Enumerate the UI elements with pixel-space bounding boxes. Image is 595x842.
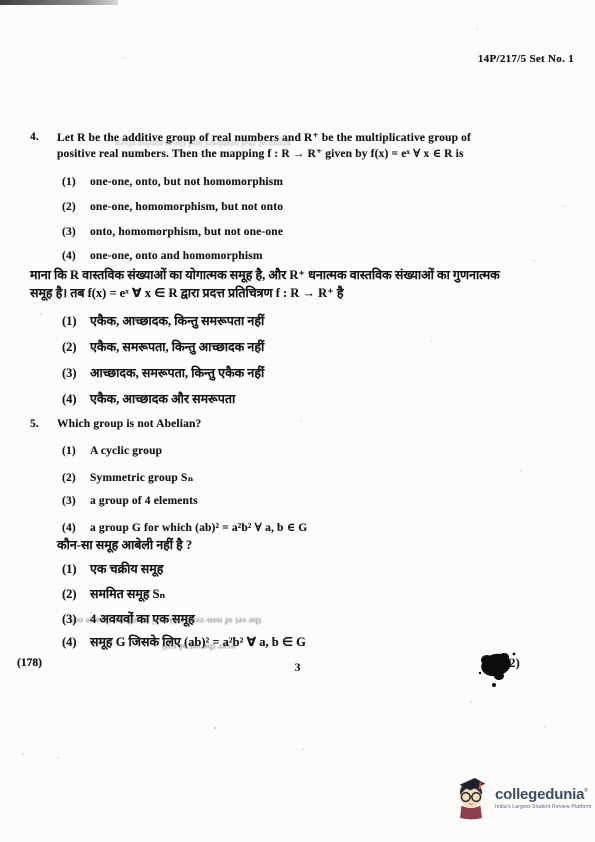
q4-en-option-2-text: one-one, homomorphism, but not onto	[90, 201, 283, 213]
q5-hi-option-2-text: सममित समूह Sₙ	[90, 587, 165, 601]
registered-mark-icon: ®	[584, 788, 588, 794]
q5-en-option-4-label: (4)	[62, 522, 90, 534]
q4-en-option-1-text: one-one, onto, but not homomorphism	[90, 176, 283, 188]
q4-en-option-4: (4)one-one, onto and homomorphism	[62, 250, 263, 262]
q4-en-option-3: (3)onto, homomorphism, but not one-one	[62, 226, 283, 238]
q4-hi-option-3: (3)आच्छादक, समरूपता, किन्तु एकैक नहीं	[62, 364, 264, 381]
q5-en-option-3-text: a group of 4 elements	[90, 495, 198, 507]
collegedunia-tagline: India's Largest Student Review Platform	[495, 804, 592, 810]
q5-hi-option-1-label: (1)	[62, 562, 90, 577]
bleedthrough-text: over the set of rati	[162, 641, 236, 651]
q5-en-option-2-label: (2)	[62, 472, 90, 484]
q5-hi-option-1-text: एक चक्रीय समूह	[90, 562, 163, 576]
q4-hi-option-3-text: आच्छादक, समरूपता, किन्तु एकैक नहीं	[90, 366, 264, 380]
q5-title-hindi: कौन-सा समूह आबेली नहीं है ?	[57, 536, 192, 553]
q4-hi-option-2-label: (2)	[62, 340, 90, 355]
q4-en-option-3-label: (3)	[62, 226, 90, 238]
collegedunia-mascot-icon	[452, 775, 490, 821]
q4-en-option-4-text: one-one, onto and homomorphism	[90, 250, 263, 262]
bleedthrough-text: the set of non-zero rational numbers th …	[70, 615, 261, 625]
collegedunia-brand-name: collegedunia	[495, 786, 584, 803]
q4-en-option-1-label: (1)	[62, 176, 90, 188]
q4-en-option-2: (2)one-one, homomorphism, but not onto	[62, 201, 283, 213]
scan-noise-specks	[0, 0, 2, 2]
q5-en-option-1-label: (1)	[62, 445, 90, 457]
collegedunia-logo-text: collegedunia ® India's Largest Student R…	[495, 786, 592, 810]
q4-hi-line-1: माना कि R वास्तविक संख्याओं का योगात्मक …	[30, 266, 570, 284]
q5-hi-option-2-label: (2)	[62, 587, 90, 602]
q5-en-option-2-text: Symmetric group Sₙ	[90, 472, 194, 484]
q4-hi-option-3-label: (3)	[62, 366, 90, 381]
q4-en-option-3-text: onto, homomorphism, but not one-one	[90, 226, 283, 238]
q5-hi-option-1: (1)एक चक्रीय समूह	[62, 560, 163, 577]
q5-en-option-1: (1)A cyclic group	[62, 445, 162, 457]
q5-en-option-4: (4)a group G for which (ab)² = a²b² ∀ a,…	[62, 520, 307, 534]
q5-en-option-2: (2)Symmetric group Sₙ	[62, 470, 194, 484]
scan-artifact-bar	[0, 0, 118, 5]
paper-code: 14P/217/5 Set No. 1	[478, 53, 574, 65]
q5-hi-option-2: (2)सममित समूह Sₙ	[62, 585, 165, 602]
q4-hi-option-2-text: एकैक, समरूपता, किन्तु आच्छादक नहीं	[90, 340, 264, 354]
obscured-stamp-text: 2)	[509, 655, 520, 671]
q4-en-option-4-label: (4)	[62, 250, 90, 262]
exam-paper-page: 14P/217/5 Set No. 1 4. Let R be the addi…	[0, 0, 595, 842]
q4-en-option-2-label: (2)	[62, 201, 90, 213]
q4-hi-option-4: (4)एकैक, आच्छादक और समरूपता	[62, 390, 235, 407]
q5-en-option-4-text: a group G for which (ab)² = a²b² ∀ a, b …	[90, 522, 307, 534]
q5-en-option-3-label: (3)	[62, 495, 90, 507]
q4-hi-option-4-text: एकैक, आच्छादक और समरूपता	[90, 392, 235, 406]
q4-hi-option-1-text: एकैक, आच्छादक, किन्तु समरूपता नहीं	[90, 314, 264, 328]
bleedthrough-text: group of real numbers and the mapping gi…	[115, 139, 291, 149]
ink-blot	[474, 645, 536, 689]
ink-blot-shape	[474, 645, 536, 689]
q4-hi-option-1-label: (1)	[62, 314, 90, 329]
q4-en-option-1: (1)one-one, onto, but not homomorphism	[62, 176, 283, 188]
q5-en-option-1-text: A cyclic group	[90, 445, 162, 457]
q4-hi-option-2: (2)एकैक, समरूपता, किन्तु आच्छादक नहीं	[62, 338, 264, 355]
q4-hi-line-2: समूह है। तब f(x) = eˣ ∀ x ∈ R द्वारा प्र…	[30, 284, 570, 302]
q4-hi-option-4-label: (4)	[62, 392, 90, 407]
collegedunia-logo[interactable]: collegedunia ® India's Largest Student R…	[452, 773, 594, 823]
q4-number: 4.	[30, 131, 39, 143]
q5-title-english: Which group is not Abelian?	[57, 418, 201, 430]
q5-hi-option-4-label: (4)	[62, 635, 90, 650]
q4-text-hindi: माना कि R वास्तविक संख्याओं का योगात्मक …	[30, 266, 570, 302]
q5-number: 5.	[30, 418, 39, 430]
q4-hi-option-1: (1)एकैक, आच्छादक, किन्तु समरूपता नहीं	[62, 312, 264, 329]
q5-en-option-3: (3)a group of 4 elements	[62, 495, 198, 507]
